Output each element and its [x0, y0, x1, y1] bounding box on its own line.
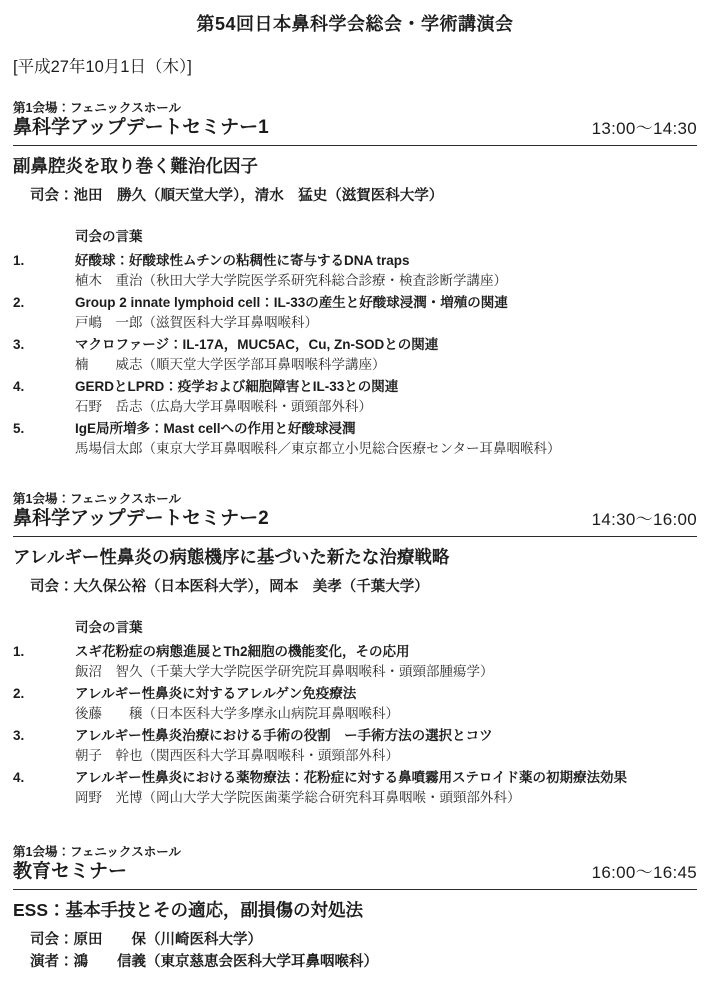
session-name: 鼻科学アップデートセミナー2: [13, 507, 269, 531]
session-theme: ESS：基本手技とその適応，副損傷の対処法: [13, 898, 697, 922]
event-date: [平成27年10月1日（木）]: [13, 56, 697, 78]
item-title: Group 2 innate lymphoid cell：IL-33の産生と好酸…: [75, 294, 697, 311]
item-author: 石野 岳志（広島大学耳鼻咽喉科・頭頸部外科）: [75, 398, 697, 415]
session-list: 第1会場：フェニックスホール鼻科学アップデートセミナー113:00～14:30副…: [13, 100, 697, 972]
item-number: 2.: [13, 294, 75, 331]
role-line: 司会：原田 保（川崎医科大学）: [13, 930, 697, 950]
session-theme: 副鼻腔炎を取り巻く難治化因子: [13, 154, 697, 178]
preface-label: 司会の言葉: [13, 228, 697, 245]
session-time: 14:30～16:00: [592, 509, 697, 531]
item-title: マクロファージ：IL-17A，MUC5AC，Cu, Zn-SODとの関連: [75, 336, 697, 353]
item-body: アレルギー性鼻炎治療における手術の役割 ー手術方法の選択とコツ朝子 幹也（関西医…: [75, 727, 697, 764]
presentation-item: 3.アレルギー性鼻炎治療における手術の役割 ー手術方法の選択とコツ朝子 幹也（関…: [13, 727, 697, 764]
session-block: 第1会場：フェニックスホール鼻科学アップデートセミナー214:30～16:00ア…: [13, 491, 697, 806]
presentation-item: 4.GERDとLPRD：疫学および細胞障害とIL-33との関連石野 岳志（広島大…: [13, 378, 697, 415]
item-title: 好酸球：好酸球性ムチンの粘稠性に寄与するDNA traps: [75, 252, 697, 269]
presentation-item: 2.アレルギー性鼻炎に対するアレルゲン免疫療法後藤 穣（日本医科大学多摩永山病院…: [13, 685, 697, 722]
session-venue: 第1会場：フェニックスホール: [13, 100, 697, 116]
presentation-item: 4.アレルギー性鼻炎における薬物療法：花粉症に対する鼻噴霧用ステロイド薬の初期療…: [13, 769, 697, 806]
session-block: 第1会場：フェニックスホール教育セミナー16:00～16:45ESS：基本手技と…: [13, 844, 697, 972]
item-number: 3.: [13, 727, 75, 764]
item-body: 好酸球：好酸球性ムチンの粘稠性に寄与するDNA traps植木 重治（秋田大学大…: [75, 252, 697, 289]
session-venue: 第1会場：フェニックスホール: [13, 844, 697, 860]
presentation-item: 1.スギ花粉症の病態進展とTh2細胞の機能変化，その応用飯沼 智久（千葉大学大学…: [13, 643, 697, 680]
item-author: 戸嶋 一郎（滋賀医科大学耳鼻咽喉科）: [75, 314, 697, 331]
item-author: 後藤 穣（日本医科大学多摩永山病院耳鼻咽喉科）: [75, 705, 697, 722]
role-line: 演者：鴻 信義（東京慈恵会医科大学耳鼻咽喉科）: [13, 952, 697, 972]
item-author: 植木 重治（秋田大学大学院医学系研究科総合診療・検査診断学講座）: [75, 272, 697, 289]
item-body: GERDとLPRD：疫学および細胞障害とIL-33との関連石野 岳志（広島大学耳…: [75, 378, 697, 415]
item-title: アレルギー性鼻炎における薬物療法：花粉症に対する鼻噴霧用ステロイド薬の初期療法効…: [75, 769, 697, 786]
session-header: 鼻科学アップデートセミナー214:30～16:00: [13, 507, 697, 537]
session-header: 教育セミナー16:00～16:45: [13, 860, 697, 890]
session-header: 鼻科学アップデートセミナー113:00～14:30: [13, 116, 697, 146]
item-number: 2.: [13, 685, 75, 722]
item-author: 飯沼 智久（千葉大学大学院医学研究院耳鼻咽喉科・頭頸部腫瘍学）: [75, 663, 697, 680]
item-body: マクロファージ：IL-17A，MUC5AC，Cu, Zn-SODとの関連楠 威志…: [75, 336, 697, 373]
item-title: IgE局所増多：Mast cellへの作用と好酸球浸潤: [75, 420, 697, 437]
item-number: 5.: [13, 420, 75, 457]
session-time: 16:00～16:45: [592, 862, 697, 884]
item-number: 4.: [13, 378, 75, 415]
item-body: IgE局所増多：Mast cellへの作用と好酸球浸潤馬場信太郎（東京大学耳鼻咽…: [75, 420, 697, 457]
item-number: 1.: [13, 643, 75, 680]
role-line: 司会：大久保公裕（日本医科大学），岡本 美孝（千葉大学）: [13, 577, 697, 597]
role-line: 司会：池田 勝久（順天堂大学），清水 猛史（滋賀医科大学）: [13, 186, 697, 206]
presentation-item: 2.Group 2 innate lymphoid cell：IL-33の産生と…: [13, 294, 697, 331]
conference-title: 第54回日本鼻科学会総会・学術講演会: [13, 12, 697, 36]
item-title: アレルギー性鼻炎に対するアレルゲン免疫療法: [75, 685, 697, 702]
session-theme: アレルギー性鼻炎の病態機序に基づいた新たな治療戦略: [13, 545, 697, 569]
preface-label: 司会の言葉: [13, 619, 697, 636]
session-block: 第1会場：フェニックスホール鼻科学アップデートセミナー113:00～14:30副…: [13, 100, 697, 457]
program-document: 第54回日本鼻科学会総会・学術講演会 [平成27年10月1日（木）] 第1会場：…: [0, 12, 710, 972]
item-title: アレルギー性鼻炎治療における手術の役割 ー手術方法の選択とコツ: [75, 727, 697, 744]
session-name: 鼻科学アップデートセミナー1: [13, 116, 269, 140]
session-venue: 第1会場：フェニックスホール: [13, 491, 697, 507]
session-name: 教育セミナー: [13, 860, 127, 884]
presentation-item: 3.マクロファージ：IL-17A，MUC5AC，Cu, Zn-SODとの関連楠 …: [13, 336, 697, 373]
item-author: 楠 威志（順天堂大学医学部耳鼻咽喉科学講座）: [75, 356, 697, 373]
item-number: 1.: [13, 252, 75, 289]
item-author: 馬場信太郎（東京大学耳鼻咽喉科／東京都立小児総合医療センター耳鼻咽喉科）: [75, 440, 697, 457]
item-number: 3.: [13, 336, 75, 373]
item-body: Group 2 innate lymphoid cell：IL-33の産生と好酸…: [75, 294, 697, 331]
item-author: 朝子 幹也（関西医科大学耳鼻咽喉科・頭頸部外科）: [75, 747, 697, 764]
item-title: GERDとLPRD：疫学および細胞障害とIL-33との関連: [75, 378, 697, 395]
item-author: 岡野 光博（岡山大学大学院医歯薬学総合研究科耳鼻咽喉・頭頸部外科）: [75, 789, 697, 806]
session-time: 13:00～14:30: [592, 118, 697, 140]
item-title: スギ花粉症の病態進展とTh2細胞の機能変化，その応用: [75, 643, 697, 660]
presentation-item: 5.IgE局所増多：Mast cellへの作用と好酸球浸潤馬場信太郎（東京大学耳…: [13, 420, 697, 457]
item-body: アレルギー性鼻炎における薬物療法：花粉症に対する鼻噴霧用ステロイド薬の初期療法効…: [75, 769, 697, 806]
presentation-item: 1.好酸球：好酸球性ムチンの粘稠性に寄与するDNA traps植木 重治（秋田大…: [13, 252, 697, 289]
item-body: アレルギー性鼻炎に対するアレルゲン免疫療法後藤 穣（日本医科大学多摩永山病院耳鼻…: [75, 685, 697, 722]
item-body: スギ花粉症の病態進展とTh2細胞の機能変化，その応用飯沼 智久（千葉大学大学院医…: [75, 643, 697, 680]
item-number: 4.: [13, 769, 75, 806]
